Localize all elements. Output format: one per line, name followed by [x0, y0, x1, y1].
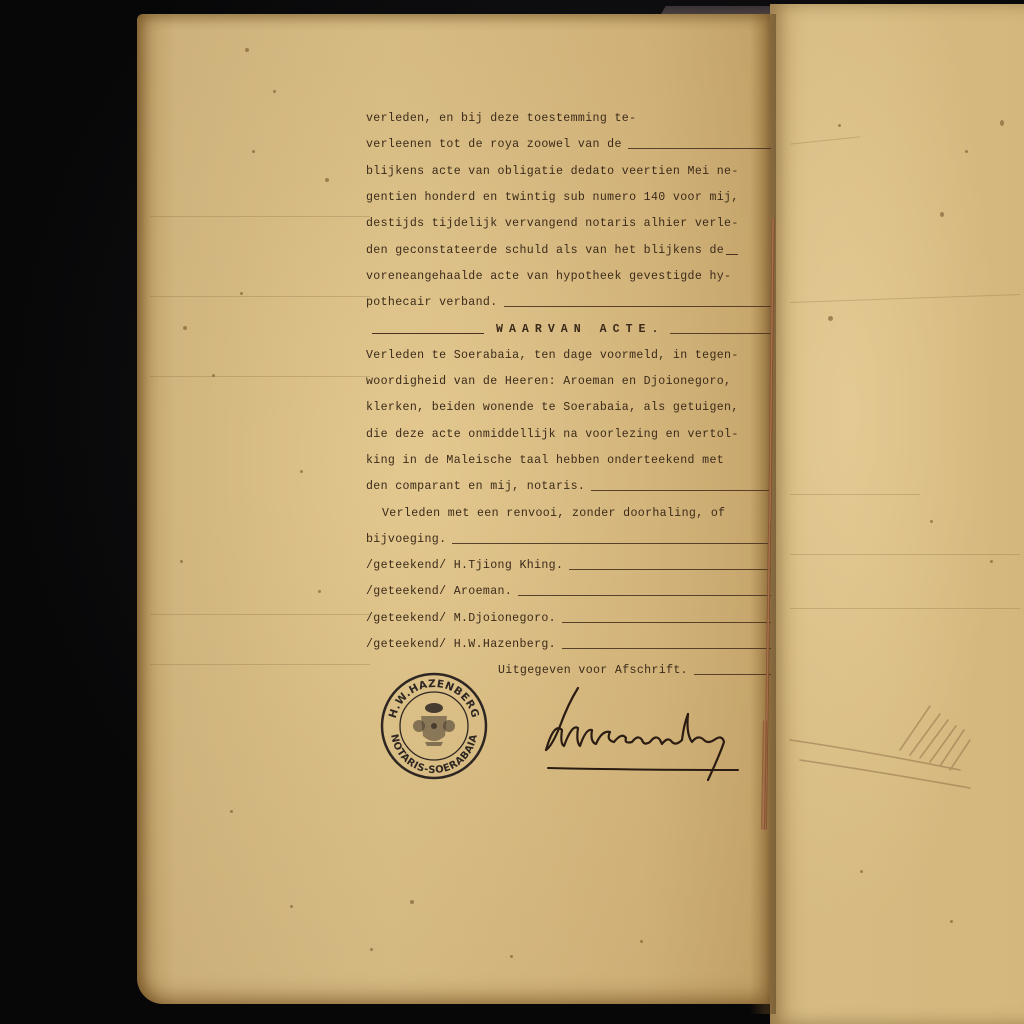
faint-rule [150, 664, 370, 665]
heading-line: WAARVAN ACTE. [366, 316, 771, 342]
fill-rule [562, 648, 771, 649]
text-line: pothecair verband. [366, 290, 771, 316]
fill-rule [452, 543, 771, 544]
right-page [770, 4, 1024, 1024]
faint-rule [150, 216, 370, 217]
fill-rule [628, 148, 771, 149]
text-line: verleden, en bij deze toestemming te- [366, 106, 771, 132]
signature-line: /geteekend/ M.Djoionegoro. [366, 606, 771, 632]
text-line: gentien honderd en twintig sub numero 14… [366, 185, 771, 211]
text-line: klerken, beiden wonende te Soerabaia, al… [366, 395, 771, 421]
text-line: bijvoeging. [366, 527, 771, 553]
fill-rule [518, 595, 771, 596]
fill-rule [372, 333, 484, 334]
faint-rule [150, 376, 370, 377]
text-line: destijds tijdelijk vervangend notaris al… [366, 211, 771, 237]
text-line: verleenen tot de roya zoowel van de [366, 132, 771, 158]
faint-rule [790, 608, 1020, 609]
fill-rule [569, 569, 771, 570]
faint-rule [790, 494, 920, 495]
fill-rule [504, 306, 771, 307]
signature-line: /geteekend/ H.W.Hazenberg. [366, 632, 771, 658]
text-line: Verleden te Soerabaia, ten dage voormeld… [366, 343, 771, 369]
faint-rule [150, 614, 370, 615]
faint-rule [790, 554, 1020, 555]
signature-line: /geteekend/ Aroeman. [366, 579, 771, 605]
handwritten-signature [538, 684, 748, 788]
heading-waarvan-acte: WAARVAN ACTE. [496, 320, 664, 340]
text-line: king in de Maleische taal hebben onderte… [366, 448, 771, 474]
text-line: den geconstateerde schuld als van het bl… [366, 237, 771, 263]
fill-rule [670, 333, 771, 334]
fill-rule [726, 254, 738, 255]
text-line: woordigheid van de Heeren: Aroeman en Dj… [366, 369, 771, 395]
text-line: den comparant en mij, notaris. [366, 474, 771, 500]
fill-rule [591, 490, 771, 491]
svg-text:H.W.HAZENBERG: H.W.HAZENBERG [387, 678, 481, 720]
text-line: die deze acte onmiddellijk na voorlezing… [366, 422, 771, 448]
text-line: Verleden met een renvooi, zonder doorhal… [366, 500, 771, 526]
faint-rule [150, 296, 370, 297]
deed-text: verleden, en bij deze toestemming te- ve… [366, 106, 771, 685]
notary-seal-icon: H.W.HAZENBERG NOTARIS-SOERABAIA [379, 672, 489, 780]
fill-rule [694, 674, 771, 675]
text-line: blijkens acte van obligatie dedato veert… [366, 159, 771, 185]
fill-rule [562, 622, 771, 623]
signature-offset-ghost [780, 700, 980, 810]
text-line: voreneangehaalde acte van hypotheek geve… [366, 264, 771, 290]
signature-line: /geteekend/ H.Tjiong Khing. [366, 553, 771, 579]
